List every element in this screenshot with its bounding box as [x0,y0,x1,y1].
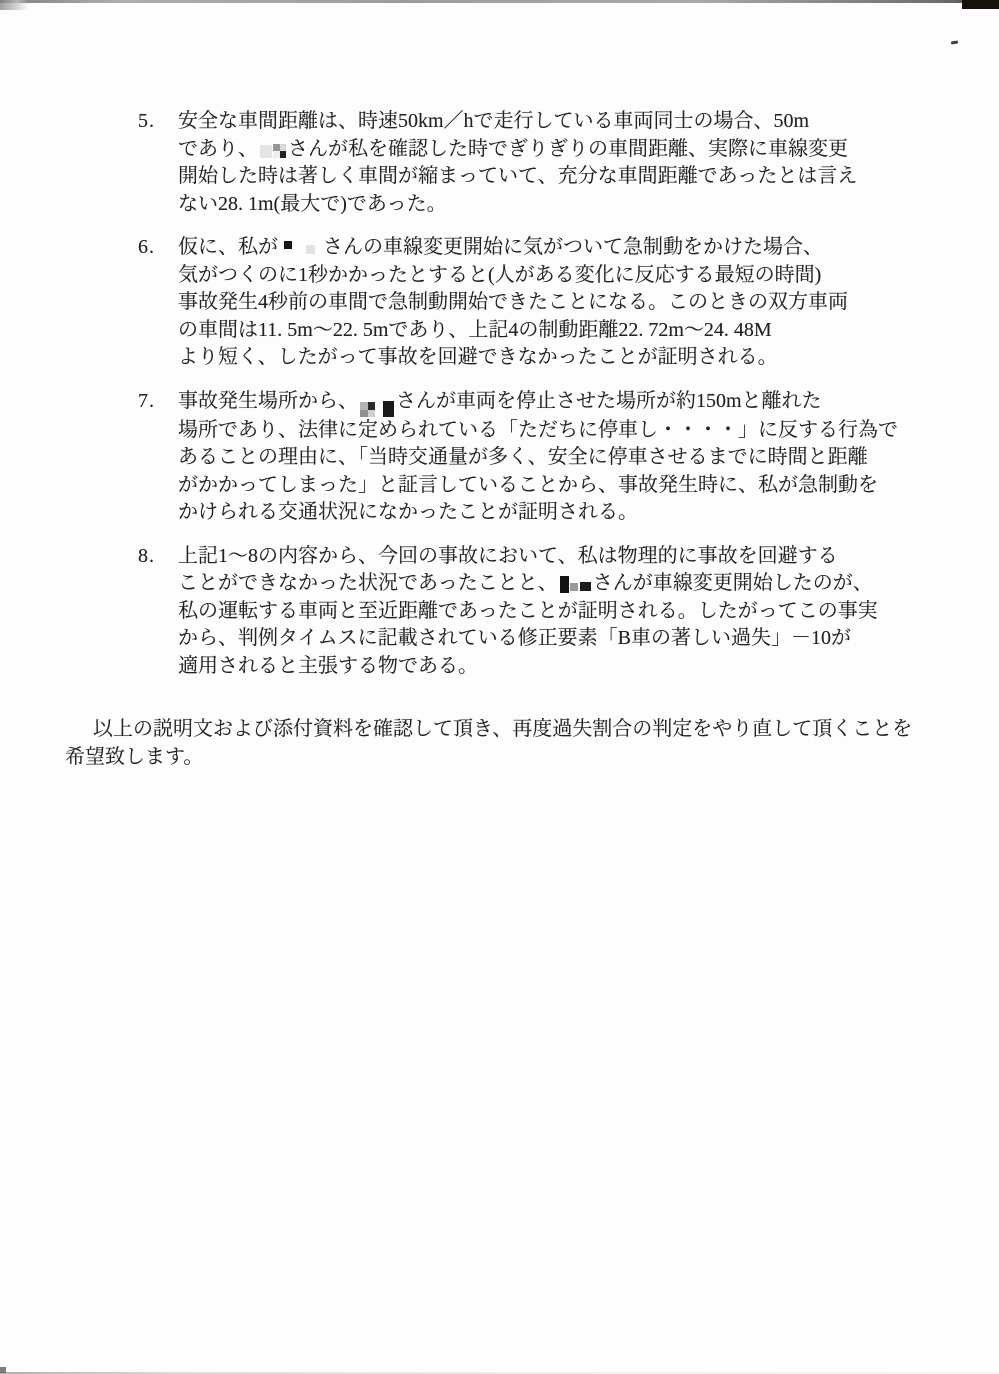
redaction-pixel-block [260,145,272,158]
text-line: 仮に、私がさんの車線変更開始に気がついて急制動をかけた場合、 [178,234,848,262]
scan-artifact-bottom-speck [0,1367,6,1373]
redaction-pixel-block [570,583,578,591]
redacted-name [260,143,286,157]
text-line: から、判例タイムスに記載されている修正要素「B車の著しい過失」－10が [178,625,878,653]
redacted-name [360,401,394,417]
text-line: ない28. 1m(最大で)であった。 [178,191,857,219]
text-segment: さんが車両を停止させた場所が約150mと離れた [396,390,822,412]
text-segment: がかかってしまった」と証言していることから、事故発生時に、私が急制動を [178,474,878,496]
item-number: 6. [138,234,178,372]
text-segment: さんが私を確認した時でぎりぎりの車間距離、実際に車線変更 [288,138,848,160]
closing-paragraph: 以上の説明文および添付資料を確認して頂き、再度過失割合の判定をやり直して頂くこと… [65,716,965,771]
text-line: かけられる交通状況になかったことが証明される。 [178,499,898,527]
text-segment: かけられる交通状況になかったことが証明される。 [178,501,638,523]
text-line: がかかってしまった」と証言していることから、事故発生時に、私が急制動を [178,472,898,500]
text-line: の車間は11. 5m～22. 5mであり、上記4の制動距離22. 72m～24.… [178,317,848,345]
redaction-pixel-block [306,245,315,254]
text-line: 気がつくのに1秒かかったとすると(人がある変化に反応する最短の時間) [178,262,848,290]
redaction-pixel-block [284,241,292,249]
text-segment: 開始した時は著しく車間が縮まっていて、充分な車間距離であったとは言え [178,165,857,187]
text-segment: より短く、したがって事故を回避できなかったことが証明される。 [178,346,778,368]
redacted-name [560,574,591,591]
item-text: 事故発生場所から、さんが車両を停止させた場所が約150mと離れた場所であり、法律… [178,388,898,527]
redacted-name [280,247,321,256]
text-line: 上記1～8の内容から、今回の事故において、私は物理的に事故を回避する [178,543,878,571]
item-number: 7. [138,388,178,527]
text-line: 事故発生場所から、さんが車両を停止させた場所が約150mと離れた [178,388,898,417]
list-item-6: 6.仮に、私がさんの車線変更開始に気がついて急制動をかけた場合、気がつくのに1秒… [0,234,999,372]
item-text: 上記1～8の内容から、今回の事故において、私は物理的に事故を回避することができな… [178,543,878,681]
text-segment: 気がつくのに1秒かかったとすると(人がある変化に反応する最短の時間) [178,264,821,286]
list-item-8: 8.上記1～8の内容から、今回の事故において、私は物理的に事故を回避することがで… [0,543,999,681]
redaction-pixel-block [360,402,375,417]
closing-line: 以上の説明文および添付資料を確認して頂き、再度過失割合の判定をやり直して頂くこと… [65,716,965,744]
item-number: 5. [138,108,178,218]
text-segment: さんの車線変更開始に気がついて急制動をかけた場合、 [323,236,823,258]
text-segment: さんが車線変更開始したのが、 [593,572,873,594]
redaction-pixel-block [560,576,569,593]
text-segment: 事故発生4秒前の車間で急制動開始できたことになる。このときの双方車両 [178,291,848,313]
text-line: 開始した時は著しく車間が縮まっていて、充分な車間距離であったとは言え [178,163,857,191]
redaction-pixel-block [383,401,394,417]
text-segment: 安全な車間距離は、時速50km／hで走行している車両同士の場合、50m [178,110,809,132]
text-line: 適用されると主張する物である。 [178,653,878,681]
list-item-7: 7.事故発生場所から、さんが車両を停止させた場所が約150mと離れた場所であり、… [0,388,999,527]
text-line: 場所であり、法律に定められている「ただちに停車し・・・・」に反する行為で [178,417,898,445]
redaction-pixel-block [580,582,591,591]
text-segment: の車間は11. 5m～22. 5mであり、上記4の制動距離22. 72m～24.… [178,319,772,341]
text-segment: から、判例タイムスに記載されている修正要素「B車の著しい過失」－10が [178,627,851,649]
text-line: 事故発生4秒前の車間で急制動開始できたことになる。このときの双方車両 [178,289,848,317]
closing-line: 希望致します。 [65,744,965,772]
item-text: 仮に、私がさんの車線変更開始に気がついて急制動をかけた場合、気がつくのに1秒かか… [178,234,848,372]
text-segment: 仮に、私が [178,236,278,258]
document-body: 5.安全な車間距離は、時速50km／hで走行している車両同士の場合、50mであり… [0,0,999,771]
text-line: あることの理由に、「当時交通量が多く、安全に停車させるまでに時間と距離 [178,444,898,472]
text-segment: 事故発生場所から、 [178,390,358,412]
text-segment: 私の運転する車両と至近距離であったことが証明される。したがってこの事実 [178,600,878,622]
text-segment: あることの理由に、「当時交通量が多く、安全に停車させるまでに時間と距離 [178,446,868,468]
text-segment: ない28. 1m(最大で)であった。 [178,193,447,215]
item-text: 安全な車間距離は、時速50km／hで走行している車両同士の場合、50mであり、さ… [178,108,857,218]
text-line: 私の運転する車両と至近距離であったことが証明される。したがってこの事実 [178,598,878,626]
text-segment: 上記1～8の内容から、今回の事故において、私は物理的に事故を回避する [178,545,838,567]
redaction-pixel-block [273,144,286,158]
scanned-document-page: 5.安全な車間距離は、時速50km／hで走行している車両同士の場合、50mであり… [0,0,999,1374]
text-line: であり、さんが私を確認した時でぎりぎりの車間距離、実際に車線変更 [178,136,857,164]
text-line: 安全な車間距離は、時速50km／hで走行している車両同士の場合、50m [178,108,857,136]
text-segment: 適用されると主張する物である。 [178,655,478,677]
text-segment: であり、 [178,138,258,160]
list-item-5: 5.安全な車間距離は、時速50km／hで走行している車両同士の場合、50mであり… [0,108,999,218]
text-line: ことができなかった状況であったことと、さんが車線変更開始したのが、 [178,570,878,598]
text-segment: 場所であり、法律に定められている「ただちに停車し・・・・」に反する行為で [178,419,898,441]
text-line: より短く、したがって事故を回避できなかったことが証明される。 [178,344,848,372]
item-number: 8. [138,543,178,681]
text-segment: ことができなかった状況であったことと、 [178,572,558,594]
